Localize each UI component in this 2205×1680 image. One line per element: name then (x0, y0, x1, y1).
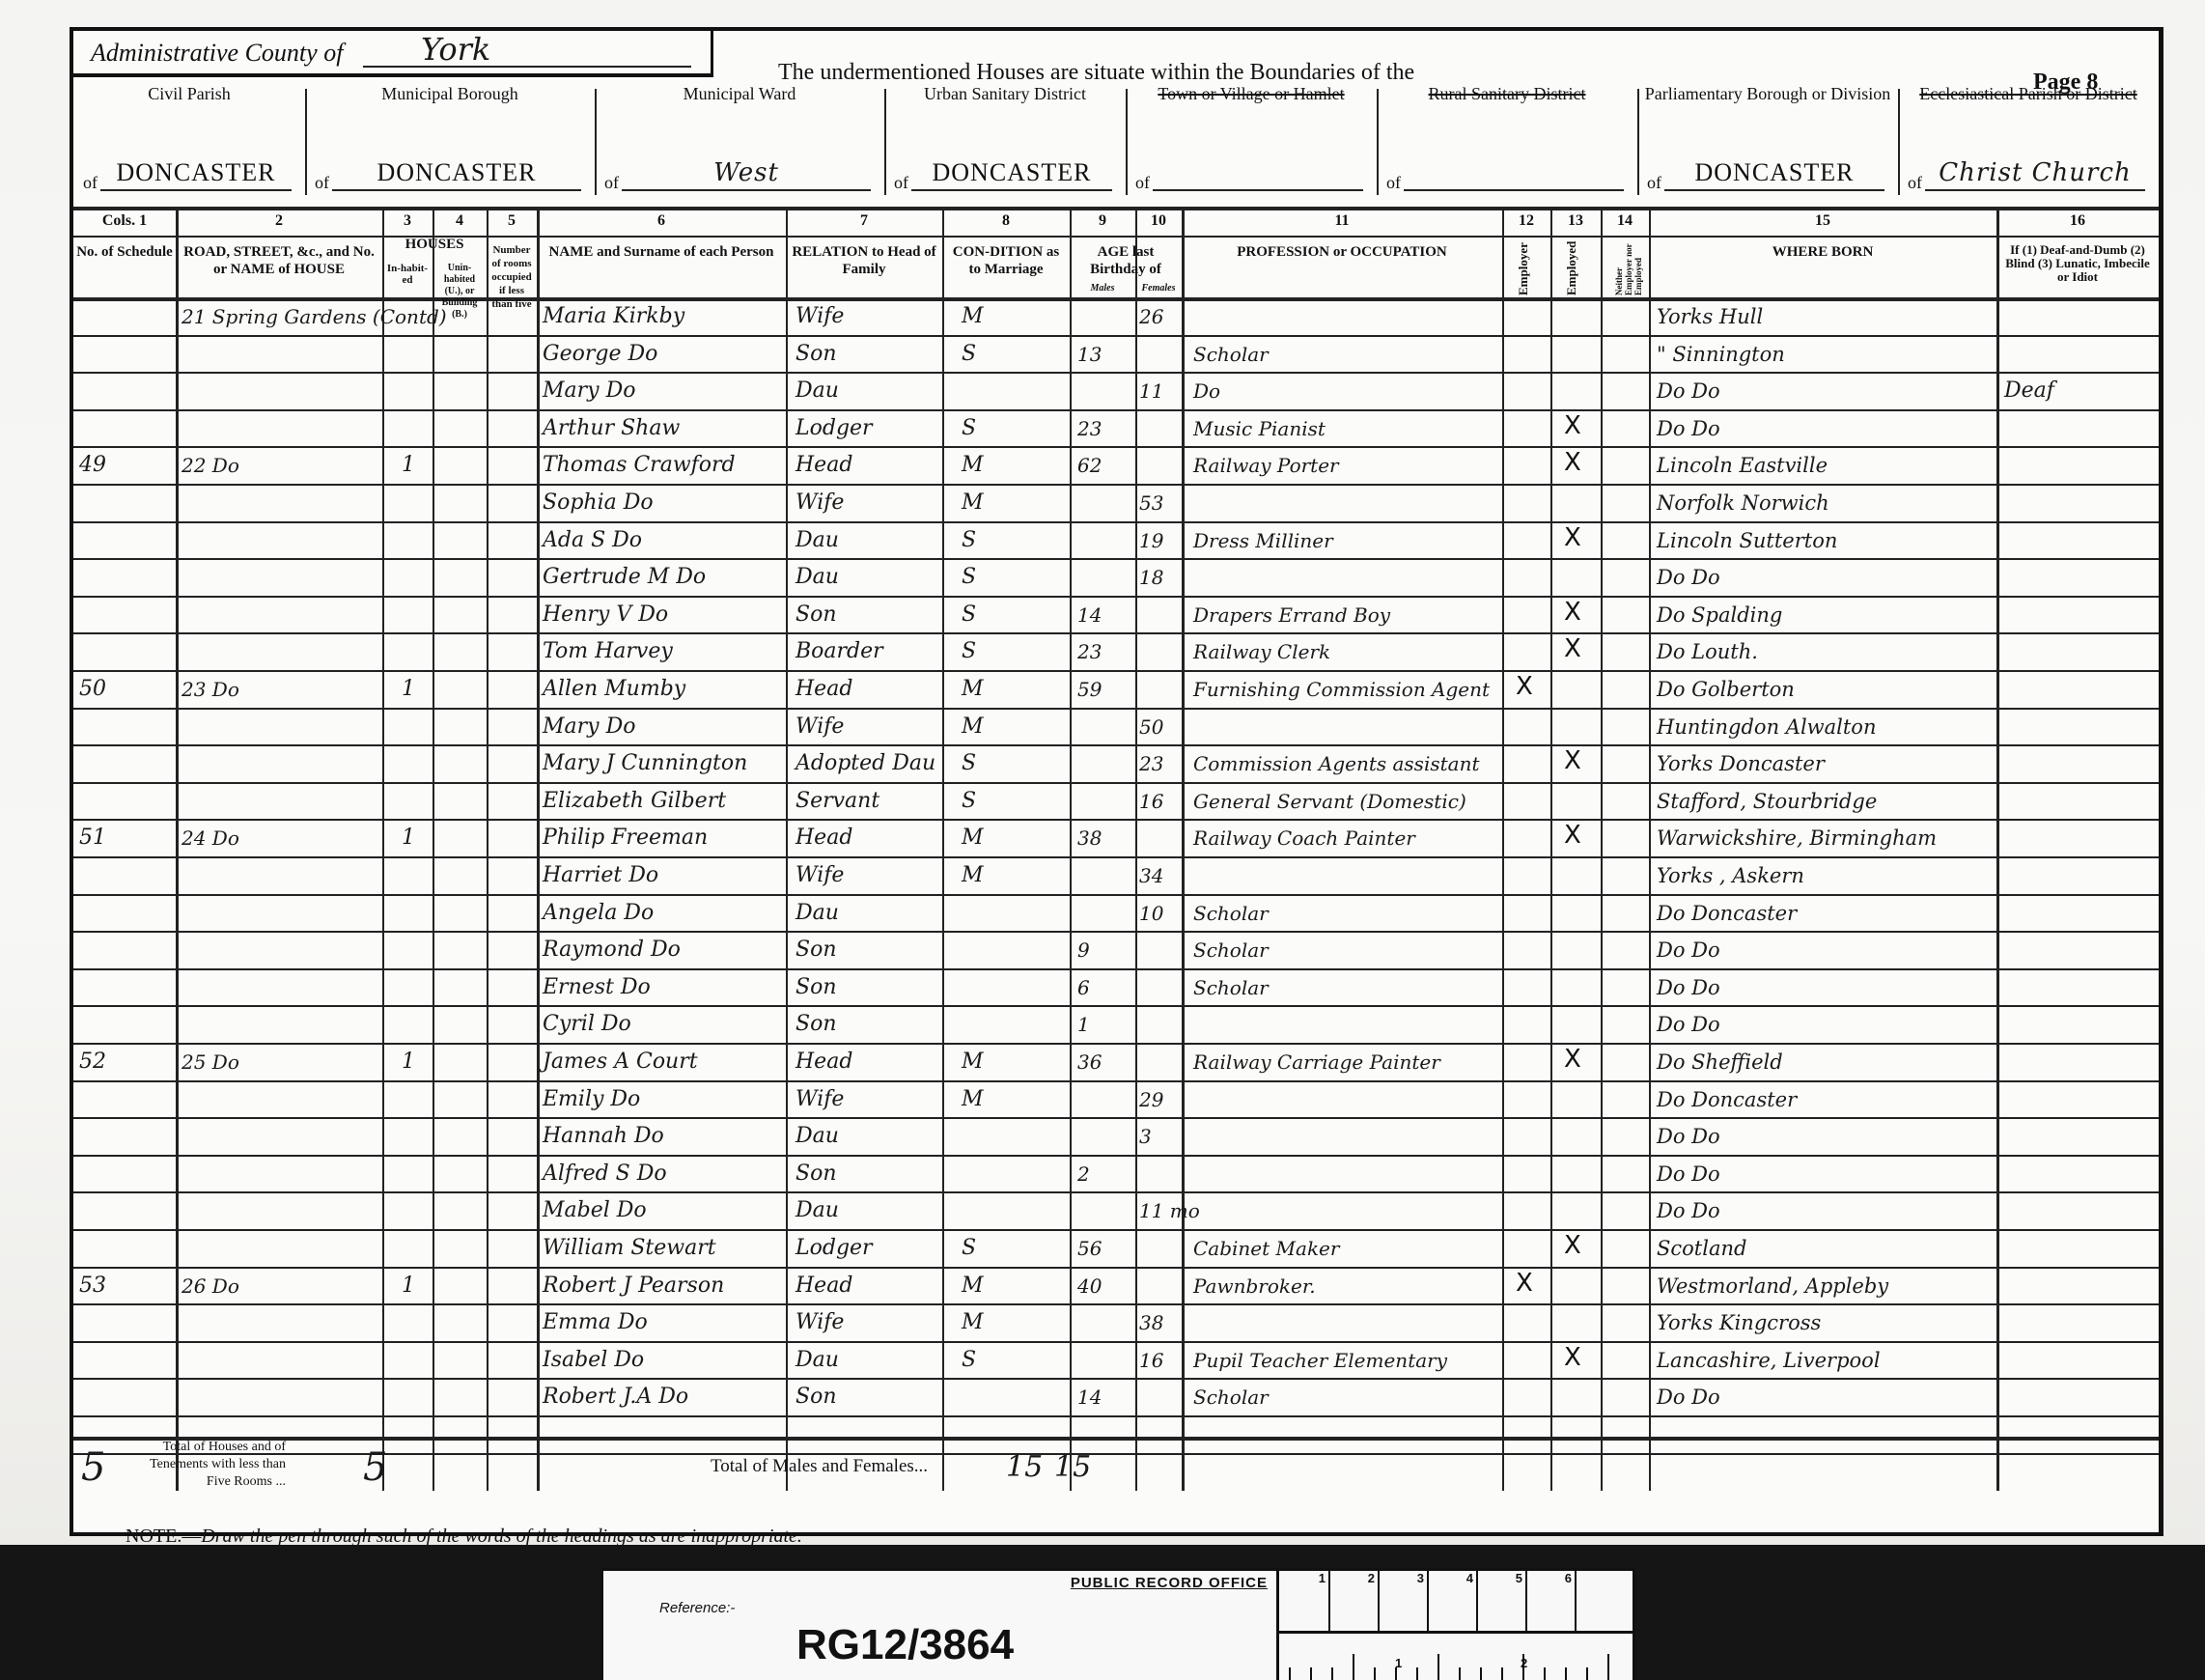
ruler-mark: 2 (1328, 1571, 1380, 1631)
area-field: Parliamentary Borough or Division of DON… (1637, 84, 1898, 205)
note-text: Draw the pen through such of the words o… (201, 1526, 802, 1547)
employed-mark: X (1564, 634, 1581, 663)
employer-mark: X (1516, 1269, 1533, 1298)
schedules-total: 5 (81, 1450, 105, 1485)
occupation: General Servant (Domestic) (1193, 784, 1466, 819)
column-number: 15 (1784, 212, 1861, 230)
female-age: 11 mo (1139, 1193, 1200, 1228)
column-number: 14 (1586, 212, 1663, 230)
relation: Dau (795, 1119, 839, 1154)
person-name: Allen Mumby (543, 672, 685, 707)
ruler-mark: 3 (1378, 1571, 1429, 1631)
person-name: Thomas Crawford (543, 448, 736, 483)
person-name: Henry V Do (543, 598, 668, 632)
marital-condition: M (962, 672, 984, 707)
male-age: 13 (1077, 337, 1102, 372)
schedule-number: 52 (79, 1045, 106, 1079)
relation: Wife (795, 299, 844, 334)
person-name: William Stewart (543, 1231, 716, 1266)
birthplace: Do Do (1657, 1157, 1720, 1191)
marital-condition: S (962, 523, 976, 558)
relation: Dau (795, 374, 839, 408)
employed-mark: X (1564, 598, 1581, 627)
birthplace: Lancashire, Liverpool (1657, 1343, 1881, 1378)
table-row: Emily DoWifeM29Do Doncaster (73, 1082, 2159, 1120)
birthplace: Scotland (1657, 1231, 1746, 1266)
column-header-name: NAME and Surname of each Person (540, 243, 783, 261)
schedule-number: 49 (79, 448, 106, 483)
birthplace: Yorks Kingcross (1657, 1305, 1821, 1340)
relation: Wife (795, 486, 844, 520)
occupation: Scholar (1193, 970, 1269, 1005)
relation: Wife (795, 710, 844, 744)
birthplace: Do Do (1657, 560, 1720, 595)
person-name: Harriet Do (543, 858, 658, 893)
person-name: James A Court (543, 1045, 698, 1079)
relation: Dau (795, 896, 839, 931)
person-name: Hannah Do (543, 1119, 664, 1154)
relation: Son (795, 1157, 837, 1191)
person-name: Sophia Do (543, 486, 654, 520)
table-row: Angela DoDau10ScholarDo Doncaster (73, 896, 2159, 934)
birthplace: Do Doncaster (1657, 896, 1797, 931)
table-row: Harriet DoWifeM34Yorks , Askern (73, 858, 2159, 896)
male-age: 59 (1077, 672, 1102, 707)
column-header-schedule: No. of Schedule (76, 243, 173, 261)
reference-label: Reference:- (659, 1600, 735, 1616)
column-header-address: ROAD, STREET, &c., and No. or NAME of HO… (179, 243, 379, 278)
marital-condition: M (962, 299, 984, 334)
marital-condition: S (962, 784, 976, 819)
area-value: DONCASTER (911, 158, 1112, 187)
of-label: of (1908, 173, 1922, 193)
relation: Dau (795, 1343, 839, 1378)
person-name: Robert J Pearson (543, 1269, 724, 1303)
table-row: Mary DoWifeM50Huntingdon Alwalton (73, 710, 2159, 747)
column-header-age: AGE last Birthday of (1073, 243, 1179, 278)
relation: Head (795, 1269, 852, 1303)
area-label: Rural Sanitary District (1377, 84, 1637, 103)
ruler-inch-label: 2 (1521, 1656, 1527, 1670)
column-header-males: Males (1070, 280, 1135, 297)
males-total: 15 (1006, 1450, 1043, 1485)
birthplace: Do Do (1657, 411, 1720, 446)
table-row: 21 Spring Gardens (Contd)Maria KirkbyWif… (73, 299, 2159, 337)
table-row: Alfred S DoSon2Do Do (73, 1157, 2159, 1194)
birthplace: Do Golberton (1657, 672, 1795, 707)
area-field: Municipal Ward of West (595, 84, 884, 205)
column-header-houses: HOUSES (385, 236, 484, 253)
table-row: Tom HarveyBoarderS23Railway ClerkDo Lout… (73, 634, 2159, 672)
female-age: 29 (1139, 1082, 1163, 1117)
table-row: George DoSonS13Scholar" Sinnington (73, 337, 2159, 375)
employed-mark: X (1564, 1231, 1581, 1260)
relation: Adopted Dau (795, 746, 935, 781)
of-label: of (894, 173, 908, 193)
column-number: 11 (1303, 212, 1381, 230)
table-row: Arthur ShawLodgerS23Music PianistDo DoX (73, 411, 2159, 449)
female-age: 10 (1139, 896, 1163, 931)
table-row: Ernest DoSon6ScholarDo Do (73, 970, 2159, 1008)
table-row: Raymond DoSon9ScholarDo Do (73, 933, 2159, 970)
occupation: Cabinet Maker (1193, 1231, 1339, 1266)
male-age: 38 (1077, 821, 1102, 855)
birthplace: Warwickshire, Birmingham (1657, 821, 1937, 855)
marital-condition: M (962, 710, 984, 744)
person-name: George Do (543, 337, 657, 372)
table-row: Henry V DoSonS14Drapers Errand BoyDo Spa… (73, 598, 2159, 635)
area-value: Christ Church (1925, 158, 2145, 187)
person-name: Ada S Do (543, 523, 642, 558)
employed-mark: X (1564, 1045, 1581, 1074)
column-header-occupation: PROFESSION or OCCUPATION (1185, 243, 1499, 261)
female-age: 3 (1139, 1119, 1152, 1154)
birthplace: Do Do (1657, 970, 1720, 1005)
relation: Dau (795, 523, 839, 558)
marital-condition: S (962, 1231, 976, 1266)
area-label: Urban Sanitary District (884, 84, 1126, 103)
person-name: Raymond Do (543, 933, 681, 967)
occupation: Pawnbroker. (1193, 1269, 1316, 1303)
column-number: 8 (967, 212, 1045, 230)
occupation: Scholar (1193, 933, 1269, 967)
marital-condition: S (962, 411, 976, 446)
area-field: Urban Sanitary District of DONCASTER (884, 84, 1126, 205)
area-field: Rural Sanitary District of (1377, 84, 1637, 205)
birthplace: Westmorland, Appleby (1657, 1269, 1888, 1303)
ruler-mark: 4 (1427, 1571, 1478, 1631)
column-number: 10 (1120, 212, 1197, 230)
inhabited-count: 1 (402, 672, 415, 707)
male-age: 40 (1077, 1269, 1102, 1303)
relation: Son (795, 970, 837, 1005)
person-name: Robert J.A Do (543, 1380, 688, 1414)
employed-mark: X (1564, 448, 1581, 477)
address: 21 Spring Gardens (Contd) (181, 299, 447, 334)
birthplace: Norfolk Norwich (1657, 486, 1829, 520)
houses-total: 5 (363, 1450, 387, 1485)
of-label: of (1647, 173, 1661, 193)
marital-condition: M (962, 858, 984, 893)
census-form: Administrative County of York The underm… (70, 27, 2163, 1536)
area-label: Municipal Ward (595, 84, 884, 103)
of-label: of (1135, 173, 1150, 193)
male-age: 6 (1077, 970, 1090, 1005)
relation: Head (795, 1045, 852, 1079)
houses-total-label: Total of Houses and of Tenements with le… (141, 1439, 286, 1491)
address: 25 Do (181, 1045, 239, 1079)
person-name: Mary Do (543, 374, 635, 408)
birthplace: Yorks , Askern (1657, 858, 1804, 893)
boundaries-banner: The undermentioned Houses are situate wi… (778, 60, 1414, 86)
person-name: Alfred S Do (543, 1157, 667, 1191)
area-value: West (622, 158, 871, 187)
females-total: 15 (1054, 1450, 1091, 1485)
column-number: 7 (825, 212, 903, 230)
birthplace: Do Sheffield (1657, 1045, 1783, 1079)
area-label: Municipal Borough (305, 84, 595, 103)
table-row: 5124 Do1Philip FreemanHeadM38Railway Coa… (73, 821, 2159, 858)
address: 26 Do (181, 1269, 239, 1303)
birthplace: Do Louth. (1657, 634, 1758, 669)
archive-label: PUBLIC RECORD OFFICE Reference:- RG12/38… (600, 1568, 1282, 1680)
table-row: Mary J CunningtonAdopted DauS23Commissio… (73, 746, 2159, 784)
column-header-inhabited: In-habit-ed (384, 263, 431, 286)
reference-number: RG12/3864 (796, 1621, 1014, 1669)
person-name: Cyril Do (543, 1007, 631, 1042)
person-name: Isabel Do (543, 1343, 644, 1378)
person-name: Arthur Shaw (543, 411, 680, 446)
female-age: 53 (1139, 486, 1163, 520)
area-value: DONCASTER (332, 158, 581, 187)
address: 24 Do (181, 821, 239, 855)
birthplace: Do Do (1657, 374, 1720, 408)
table-row: Emma DoWifeM38Yorks Kingcross (73, 1305, 2159, 1343)
person-name: Tom Harvey (543, 634, 673, 669)
relation: Son (795, 933, 837, 967)
table-row: 5225 Do1James A CourtHeadM36Railway Carr… (73, 1045, 2159, 1082)
area-field: Town or Village or Hamlet of (1126, 84, 1377, 205)
table-row: Ada S DoDauS19Dress MillinerLincoln Sutt… (73, 523, 2159, 561)
marital-condition: S (962, 337, 976, 372)
occupation: Railway Porter (1193, 448, 1339, 483)
scale-ruler: 123456 12 (1276, 1568, 1635, 1680)
relation: Head (795, 672, 852, 707)
of-label: of (1386, 173, 1401, 193)
person-name: Mabel Do (543, 1193, 647, 1228)
area-label: Town or Village or Hamlet (1126, 84, 1377, 103)
person-name: Mary Do (543, 710, 635, 744)
inhabited-count: 1 (402, 1269, 415, 1303)
occupation: Railway Clerk (1193, 634, 1330, 669)
male-age: 14 (1077, 598, 1102, 632)
female-age: 18 (1139, 560, 1163, 595)
relation: Dau (795, 560, 839, 595)
person-name: Philip Freeman (543, 821, 708, 855)
table-row: 5326 Do1Robert J PearsonHeadM40Pawnbroke… (73, 1269, 2159, 1306)
marital-condition: S (962, 560, 976, 595)
marital-condition: S (962, 598, 976, 632)
person-name: Gertrude M Do (543, 560, 706, 595)
marital-condition: M (962, 1269, 984, 1303)
person-name: Angela Do (543, 896, 654, 931)
occupation: Pupil Teacher Elementary (1193, 1343, 1447, 1378)
occupation: Dress Milliner (1193, 523, 1333, 558)
occupation: Railway Carriage Painter (1193, 1045, 1440, 1079)
ruler-inch-label: 1 (1395, 1656, 1402, 1670)
birthplace: Do Spalding (1657, 598, 1782, 632)
employed-mark: X (1564, 746, 1581, 775)
marital-condition: M (962, 486, 984, 520)
marital-condition: S (962, 1343, 976, 1378)
relation: Son (795, 1380, 837, 1414)
marital-condition: S (962, 634, 976, 669)
relation: Boarder (795, 634, 883, 669)
birthplace: Stafford, Stourbridge (1657, 784, 1877, 819)
schedule-number: 53 (79, 1269, 106, 1303)
column-header-relation: RELATION to Head of Family (789, 243, 939, 278)
area-label: Parliamentary Borough or Division (1637, 84, 1898, 103)
male-age: 9 (1077, 933, 1090, 967)
male-age: 1 (1077, 1007, 1090, 1042)
column-number: 5 (473, 212, 550, 230)
birthplace: Do Do (1657, 933, 1720, 967)
female-age: 16 (1139, 784, 1163, 819)
table-row: Isabel DoDauS16Pupil Teacher ElementaryL… (73, 1343, 2159, 1381)
area-field: Ecclesiastical Parish or District of Chr… (1898, 84, 2159, 205)
employed-mark: X (1564, 821, 1581, 850)
persons-total-label: Total of Males and Females... (711, 1456, 928, 1477)
administrative-county-value: York (421, 31, 490, 68)
marital-condition: M (962, 448, 984, 483)
person-name: Emily Do (543, 1082, 640, 1117)
relation: Wife (795, 858, 844, 893)
infirmity: Deaf (2004, 374, 2054, 408)
column-header-infirmity: If (1) Deaf-and-Dumb (2) Blind (3) Lunat… (1999, 243, 2156, 284)
marital-condition: M (962, 1045, 984, 1079)
male-age: 56 (1077, 1231, 1102, 1266)
inhabited-count: 1 (402, 1045, 415, 1079)
area-field: Municipal Borough of DONCASTER (305, 84, 595, 205)
administrative-county-box: Administrative County of York (73, 31, 713, 77)
table-row: Robert J.A DoSon14ScholarDo Do (73, 1380, 2159, 1417)
occupation: Scholar (1193, 896, 1269, 931)
column-header-employed: Employed (1564, 241, 1579, 295)
of-label: of (604, 173, 619, 193)
person-name: Maria Kirkby (543, 299, 684, 334)
inhabited-count: 1 (402, 821, 415, 855)
female-age: 34 (1139, 858, 1163, 893)
female-age: 50 (1139, 710, 1163, 744)
table-row: Mary DoDau11DoDo DoDeaf (73, 374, 2159, 411)
relation: Son (795, 337, 837, 372)
occupation: Scholar (1193, 337, 1269, 372)
occupation: Scholar (1193, 1380, 1269, 1414)
column-header-employer: Employer (1516, 241, 1531, 295)
relation: Wife (795, 1082, 844, 1117)
column-header-born: WHERE BORN (1652, 243, 1994, 261)
birthplace: " Sinnington (1657, 337, 1785, 372)
of-label: of (315, 173, 329, 193)
male-age: 23 (1077, 634, 1102, 669)
table-row: Hannah DoDau3Do Do (73, 1119, 2159, 1157)
column-number: 2 (240, 212, 318, 230)
relation: Son (795, 1007, 837, 1042)
marital-condition: M (962, 1305, 984, 1340)
address: 22 Do (181, 448, 239, 483)
birthplace: Do Doncaster (1657, 1082, 1797, 1117)
marital-condition: S (962, 746, 976, 781)
occupation: Drapers Errand Boy (1193, 598, 1390, 632)
inhabited-count: 1 (402, 448, 415, 483)
relation: Servant (795, 784, 879, 819)
relation: Lodger (795, 411, 873, 446)
table-row: Elizabeth GilbertServantS16General Serva… (73, 784, 2159, 822)
column-header-females: Females (1135, 280, 1182, 297)
column-number: 6 (623, 212, 700, 230)
birthplace: Do Do (1657, 1119, 1720, 1154)
male-age: 14 (1077, 1380, 1102, 1414)
male-age: 23 (1077, 411, 1102, 446)
area-field: Civil Parish of DONCASTER (73, 84, 305, 205)
occupation: Railway Coach Painter (1193, 821, 1415, 855)
table-row: 4922 Do1Thomas CrawfordHeadM62Railway Po… (73, 448, 2159, 486)
female-age: 23 (1139, 746, 1163, 781)
note-prefix: NOTE.— (126, 1526, 201, 1547)
ruler-mark: 5 (1476, 1571, 1527, 1631)
column-number: Cols. 1 (86, 212, 163, 230)
birthplace: Lincoln Sutterton (1657, 523, 1837, 558)
birthplace: Do Do (1657, 1007, 1720, 1042)
birthplace: Huntingdon Alwalton (1657, 710, 1876, 744)
employer-mark: X (1516, 672, 1533, 701)
column-header-neither: Neither Employer nor Employed (1614, 241, 1643, 295)
table-row: Sophia DoWifeM53Norfolk Norwich (73, 486, 2159, 523)
birthplace: Lincoln Eastville (1657, 448, 1828, 483)
birthplace: Do Do (1657, 1193, 1720, 1228)
female-age: 11 (1139, 374, 1163, 408)
area-label: Ecclesiastical Parish or District (1898, 84, 2159, 103)
column-number: 16 (2039, 212, 2116, 230)
occupation: Furnishing Commission Agent (1193, 672, 1490, 707)
male-age: 2 (1077, 1157, 1090, 1191)
occupation: Music Pianist (1193, 411, 1326, 446)
administrative-county-label: Administrative County of (91, 39, 343, 68)
relation: Son (795, 598, 837, 632)
ruler-mark: 6 (1525, 1571, 1577, 1631)
birthplace: Yorks Hull (1657, 299, 1763, 334)
table-row: Gertrude M DoDauS18Do Do (73, 560, 2159, 598)
table-row: Cyril DoSon1Do Do (73, 1007, 2159, 1045)
schedule-number: 50 (79, 672, 106, 707)
employed-mark: X (1564, 411, 1581, 440)
marital-condition: M (962, 821, 984, 855)
female-age: 16 (1139, 1343, 1163, 1378)
birthplace: Do Do (1657, 1380, 1720, 1414)
occupation: Do (1193, 374, 1220, 408)
relation: Lodger (795, 1231, 873, 1266)
schedule-number: 51 (79, 821, 106, 855)
relation: Head (795, 821, 852, 855)
person-name: Emma Do (543, 1305, 648, 1340)
table-row: 5023 Do1Allen MumbyHeadM59Furnishing Com… (73, 672, 2159, 710)
relation: Dau (795, 1193, 839, 1228)
person-name: Ernest Do (543, 970, 651, 1005)
table-row: William StewartLodgerS56Cabinet MakerSco… (73, 1231, 2159, 1269)
employed-mark: X (1564, 1343, 1581, 1372)
column-header-condition: CON-DITION as to Marriage (945, 243, 1067, 278)
occupation: Commission Agents assistant (1193, 746, 1479, 781)
female-age: 38 (1139, 1305, 1163, 1340)
relation: Wife (795, 1305, 844, 1340)
ruler-mark: 1 (1279, 1571, 1330, 1631)
archive-office: PUBLIC RECORD OFFICE (1071, 1575, 1268, 1591)
area-value: DONCASTER (100, 158, 292, 187)
person-name: Elizabeth Gilbert (543, 784, 726, 819)
employed-mark: X (1564, 523, 1581, 552)
birthplace: Yorks Doncaster (1657, 746, 1825, 781)
area-label: Civil Parish (73, 84, 305, 103)
address: 23 Do (181, 672, 239, 707)
female-age: 19 (1139, 523, 1163, 558)
table-row: Mabel DoDau11 moDo Do (73, 1193, 2159, 1231)
area-value: DONCASTER (1664, 158, 1884, 187)
marital-condition: M (962, 1082, 984, 1117)
relation: Head (795, 448, 852, 483)
of-label: of (83, 173, 98, 193)
male-age: 62 (1077, 448, 1102, 483)
male-age: 36 (1077, 1045, 1102, 1079)
